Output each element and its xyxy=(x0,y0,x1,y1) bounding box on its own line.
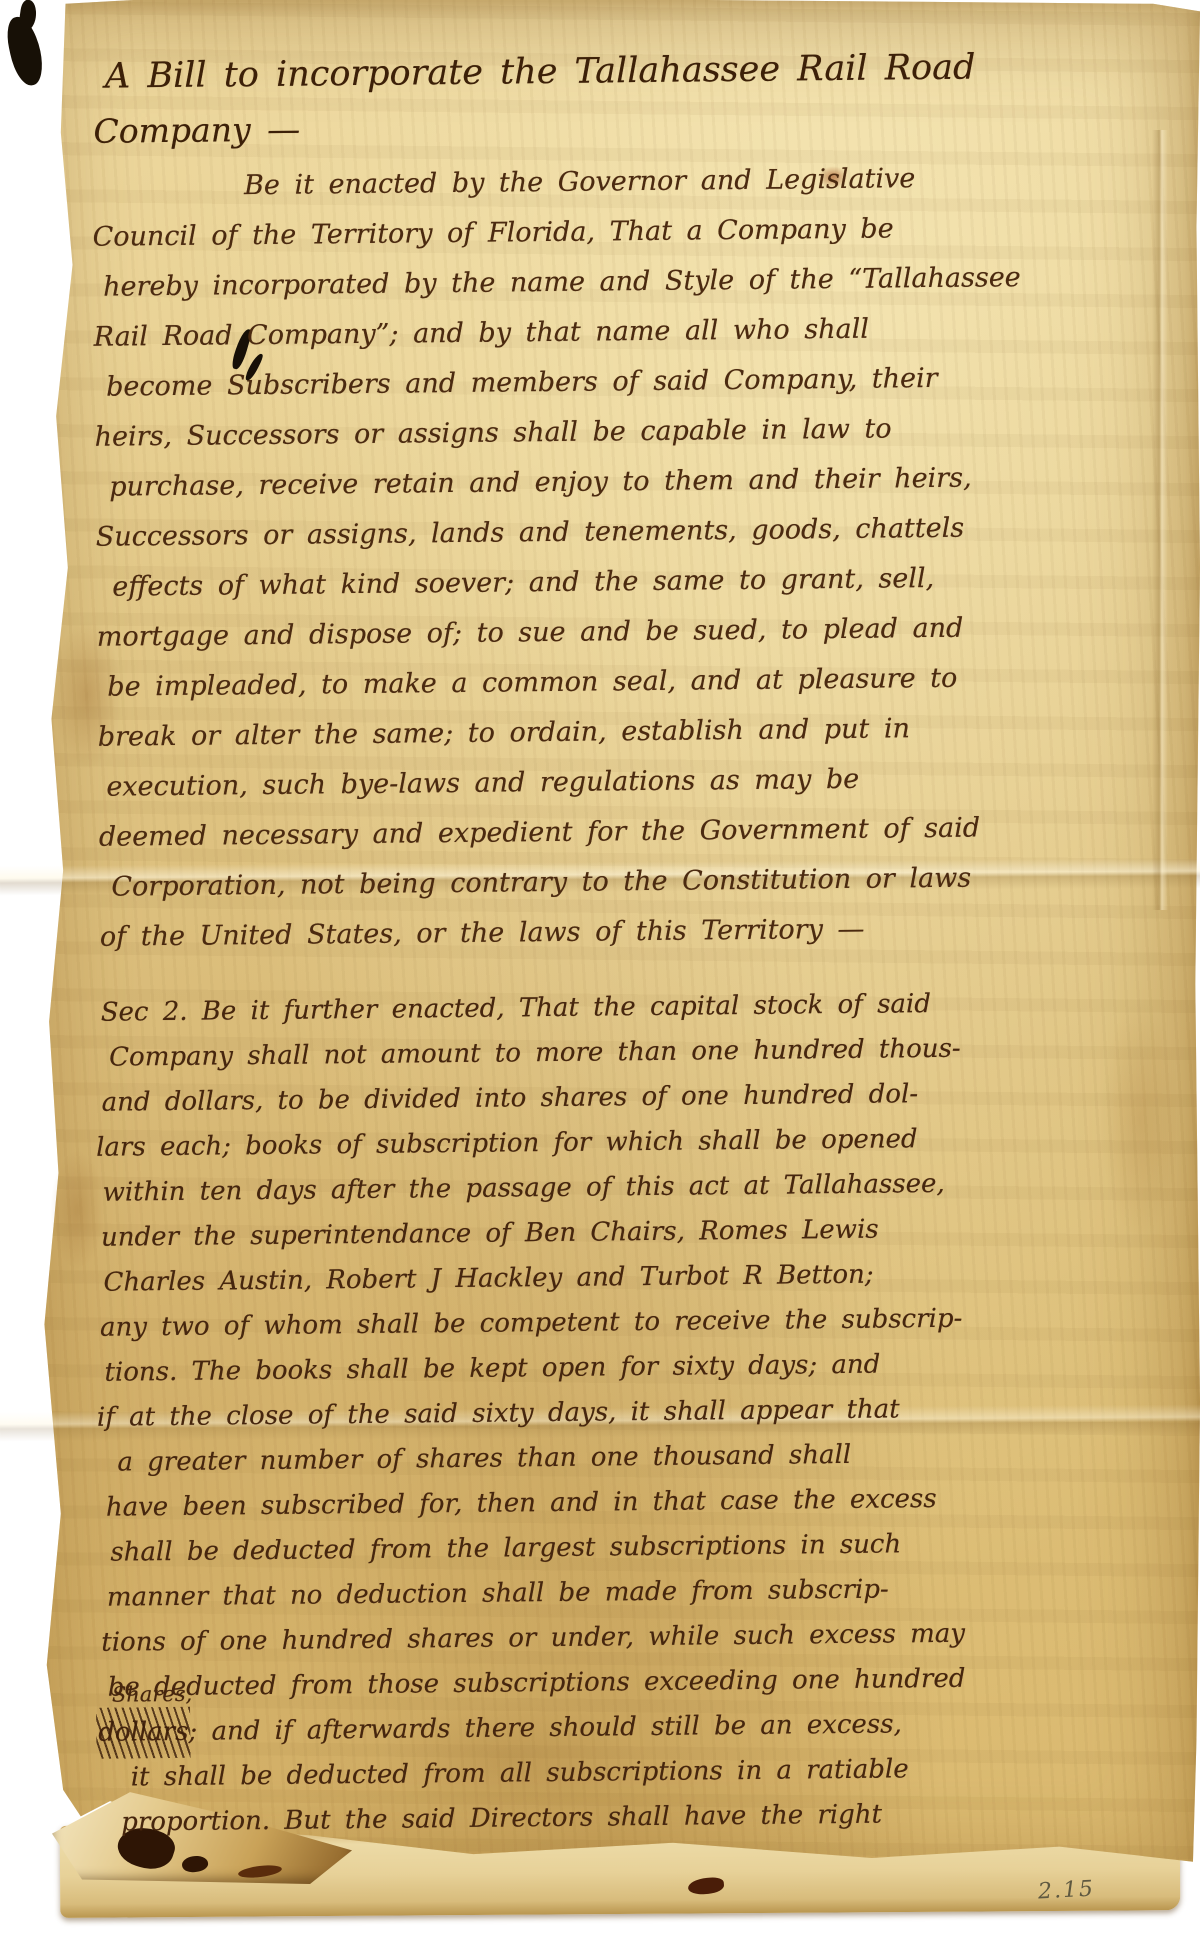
manuscript-line: purchase, receive retain and enjoy to th… xyxy=(109,453,995,512)
manuscript-line: Be it enacted by the Governor and Legisl… xyxy=(244,153,992,211)
section-1: Be it enacted by the Governor and Legisl… xyxy=(92,153,1000,962)
document-title-line: A Bill to incorporate the Tallahassee Ra… xyxy=(105,35,992,108)
manuscript-text: A Bill to incorporate the Tallahassee Ra… xyxy=(91,35,1010,1845)
paper-stain xyxy=(1100,1000,1180,1240)
amendment-line-rest: ; and if afterwards there should still b… xyxy=(188,1709,902,1746)
inserted-word: Shares, xyxy=(112,1684,193,1706)
struck-word: dollars xyxy=(98,1710,189,1756)
manuscript-line: of the United States, or the laws of thi… xyxy=(100,903,1000,962)
manuscript-line: if at the close of the said sixty days, … xyxy=(97,1386,1005,1441)
document-title-line: Company — xyxy=(93,99,992,162)
scan-background-mark xyxy=(18,0,38,31)
fold-crease-vertical xyxy=(1152,130,1168,910)
closing-lines: it shall be deducted from all subscripti… xyxy=(109,1746,1010,1845)
page-number-annotation: 2.15 xyxy=(1037,1877,1095,1905)
section-2: Sec 2. Be it further enacted, That the c… xyxy=(101,981,1010,1845)
manuscript-line: Corporation, not being contrary to the C… xyxy=(111,853,999,912)
manuscript-line-amendment: Shares,dollars; and if afterwards there … xyxy=(98,1701,1008,1756)
manuscript-line: effects of what kind soever; and the sam… xyxy=(112,553,996,612)
manuscript-line: break or alter the same; to ordain, esta… xyxy=(98,703,998,762)
manuscript-line: proportion. But the said Directors shall… xyxy=(121,1791,1009,1845)
